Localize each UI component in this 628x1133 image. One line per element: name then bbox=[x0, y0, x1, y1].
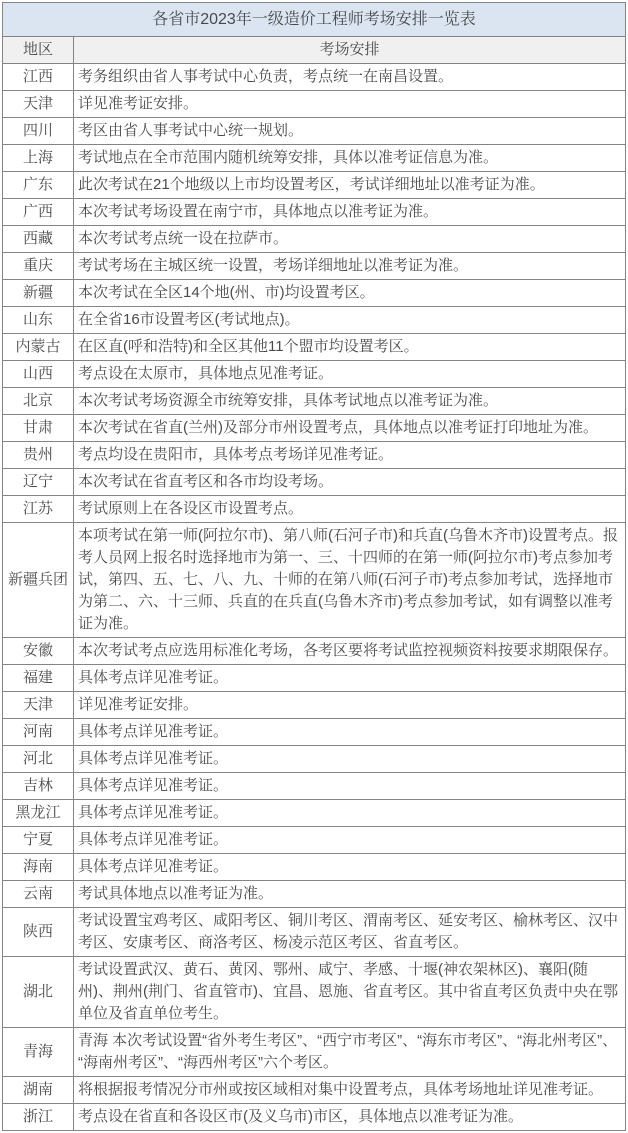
arrangement-cell: 考点设在省直和各设区市(及义乌市)市区，具体地点以准考证为准。 bbox=[74, 1104, 626, 1131]
table-row: 海南具体考点详见准考证。 bbox=[3, 854, 626, 881]
table-row: 山东在全省16市设置考区(考试地点)。 bbox=[3, 307, 626, 334]
table-row: 辽宁本次考试在省直考区和各市均设考场。 bbox=[3, 469, 626, 496]
table-row: 四川考区由省人事考试中心统一规划。 bbox=[3, 118, 626, 145]
region-cell: 安徽 bbox=[3, 638, 74, 665]
table-row: 安徽本次考试考点应选用标准化考场，各考区要将考试监控视频资料按要求期限保存。 bbox=[3, 638, 626, 665]
region-cell: 福建 bbox=[3, 665, 74, 692]
arrangement-cell: 青海 本次考试设置“省外考生考区”、“西宁市考区”、“海东市考区”、“海北州考区… bbox=[74, 1028, 626, 1077]
table-row: 新疆本次考试在全区14个地(州、市)均设置考区。 bbox=[3, 280, 626, 307]
table-row: 宁夏具体考点详见准考证。 bbox=[3, 827, 626, 854]
arrangement-cell: 考试原则上在各设区市设置考点。 bbox=[74, 496, 626, 523]
region-cell: 海南 bbox=[3, 854, 74, 881]
arrangement-cell: 本次考试考点应选用标准化考场，各考区要将考试监控视频资料按要求期限保存。 bbox=[74, 638, 626, 665]
table-row: 湖北考试设置武汉、黄石、黄冈、鄂州、咸宁、孝感、十堰(神农架林区)、襄阳(随州)… bbox=[3, 957, 626, 1028]
region-cell: 重庆 bbox=[3, 253, 74, 280]
region-cell: 湖南 bbox=[3, 1077, 74, 1104]
table-row: 湖南将根据报考情况分市州或按区域相对集中设置考点，具体考场地址详见准考证。 bbox=[3, 1077, 626, 1104]
table-row: 河北具体考点详见准考证。 bbox=[3, 746, 626, 773]
arrangement-cell: 考试考场在主城区统一设置，考场详细地址以准考证为准。 bbox=[74, 253, 626, 280]
table-row: 广西本次考试考场设置在南宁市，具体地点以准考证为准。 bbox=[3, 199, 626, 226]
arrangement-cell: 本次考试考场设置在南宁市，具体地点以准考证为准。 bbox=[74, 199, 626, 226]
table-row: 天津详见准考证安排。 bbox=[3, 91, 626, 118]
table-title: 各省市2023年一级造价工程师考场安排一览表 bbox=[3, 3, 626, 37]
table-row: 上海考试地点在全市范围内随机统筹安排，具体以准考证信息为准。 bbox=[3, 145, 626, 172]
region-cell: 山西 bbox=[3, 361, 74, 388]
region-cell: 河北 bbox=[3, 746, 74, 773]
column-header-arrangement: 考场安排 bbox=[74, 37, 626, 64]
region-cell: 新疆 bbox=[3, 280, 74, 307]
table-row: 福建具体考点详见准考证。 bbox=[3, 665, 626, 692]
region-cell: 山东 bbox=[3, 307, 74, 334]
region-cell: 广东 bbox=[3, 172, 74, 199]
region-cell: 浙江 bbox=[3, 1104, 74, 1131]
table-row: 青海青海 本次考试设置“省外考生考区”、“西宁市考区”、“海东市考区”、“海北州… bbox=[3, 1028, 626, 1077]
region-cell: 天津 bbox=[3, 692, 74, 719]
region-cell: 辽宁 bbox=[3, 469, 74, 496]
table-row: 广东此次考试在21个地级以上市均设置考区，考试详细地址以准考证为准。 bbox=[3, 172, 626, 199]
arrangement-cell: 本项考试在第一师(阿拉尔市)、第八师(石河子市)和兵直(乌鲁木齐市)设置考点。报… bbox=[74, 523, 626, 638]
table-row: 黑龙江具体考点详见准考证。 bbox=[3, 800, 626, 827]
arrangement-cell: 具体考点详见准考证。 bbox=[74, 665, 626, 692]
arrangement-cell: 具体考点详见准考证。 bbox=[74, 746, 626, 773]
table-row: 北京本次考试考场资源全市统筹安排，具体考试地点以准考证为准。 bbox=[3, 388, 626, 415]
table-row: 山西考点设在太原市，具体地点见准考证。 bbox=[3, 361, 626, 388]
arrangement-cell: 考点均设在贵阳市，具体考点考场详见准考证。 bbox=[74, 442, 626, 469]
page: 各省市2023年一级造价工程师考场安排一览表 地区 考场安排 江西考务组织由省人… bbox=[0, 0, 628, 1133]
region-cell: 青海 bbox=[3, 1028, 74, 1077]
arrangement-cell: 考试设置宝鸡考区、咸阳考区、铜川考区、渭南考区、延安考区、榆林考区、汉中考区、安… bbox=[74, 908, 626, 957]
arrangement-cell: 具体考点详见准考证。 bbox=[74, 854, 626, 881]
arrangement-cell: 考试设置武汉、黄石、黄冈、鄂州、咸宁、孝感、十堰(神农架林区)、襄阳(随州)、荆… bbox=[74, 957, 626, 1028]
table-row: 云南考试具体地点以准考证为准。 bbox=[3, 881, 626, 908]
table-row: 贵州考点均设在贵阳市，具体考点考场详见准考证。 bbox=[3, 442, 626, 469]
region-cell: 西藏 bbox=[3, 226, 74, 253]
column-header-region: 地区 bbox=[3, 37, 74, 64]
arrangement-cell: 本次考试考场资源全市统筹安排，具体考试地点以准考证为准。 bbox=[74, 388, 626, 415]
arrangement-cell: 详见准考证安排。 bbox=[74, 91, 626, 118]
table-row: 甘肃本次考试在省直(兰州)及部分市州设置考点，具体地点以准考证打印地址为准。 bbox=[3, 415, 626, 442]
arrangement-cell: 本次考试在省直考区和各市均设考场。 bbox=[74, 469, 626, 496]
table-body: 江西考务组织由省人事考试中心负责，考点统一在南昌设置。天津详见准考证安排。四川考… bbox=[3, 64, 626, 1131]
exam-arrangement-table: 各省市2023年一级造价工程师考场安排一览表 地区 考场安排 江西考务组织由省人… bbox=[2, 2, 626, 1131]
arrangement-cell: 考务组织由省人事考试中心负责，考点统一在南昌设置。 bbox=[74, 64, 626, 91]
table-row: 重庆考试考场在主城区统一设置，考场详细地址以准考证为准。 bbox=[3, 253, 626, 280]
region-cell: 内蒙古 bbox=[3, 334, 74, 361]
arrangement-cell: 考试具体地点以准考证为准。 bbox=[74, 881, 626, 908]
arrangement-cell: 具体考点详见准考证。 bbox=[74, 827, 626, 854]
region-cell: 宁夏 bbox=[3, 827, 74, 854]
region-cell: 甘肃 bbox=[3, 415, 74, 442]
region-cell: 贵州 bbox=[3, 442, 74, 469]
region-cell: 广西 bbox=[3, 199, 74, 226]
region-cell: 陕西 bbox=[3, 908, 74, 957]
arrangement-cell: 本次考试考点统一设在拉萨市。 bbox=[74, 226, 626, 253]
table-row: 西藏本次考试考点统一设在拉萨市。 bbox=[3, 226, 626, 253]
region-cell: 云南 bbox=[3, 881, 74, 908]
table-row: 江苏考试原则上在各设区市设置考点。 bbox=[3, 496, 626, 523]
arrangement-cell: 本次考试在省直(兰州)及部分市州设置考点，具体地点以准考证打印地址为准。 bbox=[74, 415, 626, 442]
table-row: 新疆兵团本项考试在第一师(阿拉尔市)、第八师(石河子市)和兵直(乌鲁木齐市)设置… bbox=[3, 523, 626, 638]
arrangement-cell: 具体考点详见准考证。 bbox=[74, 719, 626, 746]
region-cell: 四川 bbox=[3, 118, 74, 145]
arrangement-cell: 考点设在太原市，具体地点见准考证。 bbox=[74, 361, 626, 388]
region-cell: 新疆兵团 bbox=[3, 523, 74, 638]
arrangement-cell: 在全省16市设置考区(考试地点)。 bbox=[74, 307, 626, 334]
header-row: 地区 考场安排 bbox=[3, 37, 626, 64]
table-row: 天津详见准考证安排。 bbox=[3, 692, 626, 719]
arrangement-cell: 考区由省人事考试中心统一规划。 bbox=[74, 118, 626, 145]
arrangement-cell: 具体考点详见准考证。 bbox=[74, 800, 626, 827]
arrangement-cell: 详见准考证安排。 bbox=[74, 692, 626, 719]
arrangement-cell: 考试地点在全市范围内随机统筹安排，具体以准考证信息为准。 bbox=[74, 145, 626, 172]
region-cell: 吉林 bbox=[3, 773, 74, 800]
table-row: 江西考务组织由省人事考试中心负责，考点统一在南昌设置。 bbox=[3, 64, 626, 91]
arrangement-cell: 在区直(呼和浩特)和全区其他11个盟市均设置考区。 bbox=[74, 334, 626, 361]
arrangement-cell: 本次考试在全区14个地(州、市)均设置考区。 bbox=[74, 280, 626, 307]
region-cell: 天津 bbox=[3, 91, 74, 118]
region-cell: 河南 bbox=[3, 719, 74, 746]
region-cell: 北京 bbox=[3, 388, 74, 415]
region-cell: 江苏 bbox=[3, 496, 74, 523]
region-cell: 上海 bbox=[3, 145, 74, 172]
table-row: 内蒙古在区直(呼和浩特)和全区其他11个盟市均设置考区。 bbox=[3, 334, 626, 361]
region-cell: 黑龙江 bbox=[3, 800, 74, 827]
table-row: 吉林具体考点详见准考证。 bbox=[3, 773, 626, 800]
title-row: 各省市2023年一级造价工程师考场安排一览表 bbox=[3, 3, 626, 37]
arrangement-cell: 此次考试在21个地级以上市均设置考区，考试详细地址以准考证为准。 bbox=[74, 172, 626, 199]
arrangement-cell: 具体考点详见准考证。 bbox=[74, 773, 626, 800]
table-row: 陕西考试设置宝鸡考区、咸阳考区、铜川考区、渭南考区、延安考区、榆林考区、汉中考区… bbox=[3, 908, 626, 957]
region-cell: 湖北 bbox=[3, 957, 74, 1028]
region-cell: 江西 bbox=[3, 64, 74, 91]
table-row: 河南具体考点详见准考证。 bbox=[3, 719, 626, 746]
arrangement-cell: 将根据报考情况分市州或按区域相对集中设置考点，具体考场地址详见准考证。 bbox=[74, 1077, 626, 1104]
table-row: 浙江考点设在省直和各设区市(及义乌市)市区，具体地点以准考证为准。 bbox=[3, 1104, 626, 1131]
